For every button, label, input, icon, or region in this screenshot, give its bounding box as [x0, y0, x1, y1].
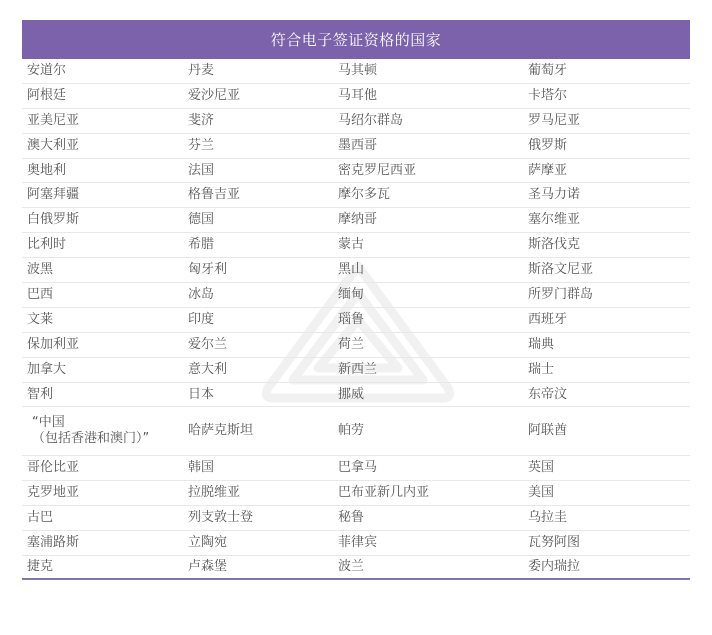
country-cell: 亚美尼亚 — [22, 113, 183, 129]
country-cell: 黑山 — [333, 262, 523, 278]
country-cell: 葡萄牙 — [523, 63, 690, 79]
country-cell: 冰岛 — [183, 287, 333, 303]
country-cell: 匈牙利 — [183, 262, 333, 278]
country-cell: 东帝汶 — [523, 387, 690, 403]
country-cell: 德国 — [183, 212, 333, 228]
country-cell: 哥伦比亚 — [22, 460, 183, 476]
country-cell: 古巴 — [22, 510, 183, 526]
country-cell: 俄罗斯 — [523, 138, 690, 154]
table-row: 智利日本挪威东帝汶 — [22, 383, 690, 408]
table-row: 塞浦路斯立陶宛菲律宾瓦努阿图 — [22, 531, 690, 556]
country-cell: 卢森堡 — [183, 559, 333, 575]
country-cell: 斯洛伐克 — [523, 237, 690, 253]
table-row: 古巴列支敦士登秘鲁乌拉圭 — [22, 506, 690, 531]
country-cell: 巴拿马 — [333, 460, 523, 476]
country-cell: 法国 — [183, 163, 333, 179]
country-cell: 巴西 — [22, 287, 183, 303]
country-cell: 马绍尔群岛 — [333, 113, 523, 129]
table-row: 比利时希腊蒙古斯洛伐克 — [22, 233, 690, 258]
country-cell: 墨西哥 — [333, 138, 523, 154]
country-cell: 澳大利亚 — [22, 138, 183, 154]
country-cell: 文莱 — [22, 312, 183, 328]
country-cell: 希腊 — [183, 237, 333, 253]
country-cell: 瓦努阿图 — [523, 535, 690, 551]
table-row: 亚美尼亚斐济马绍尔群岛罗马尼亚 — [22, 109, 690, 134]
country-cell: 斐济 — [183, 113, 333, 129]
country-cell: 塞浦路斯 — [22, 535, 183, 551]
country-cell: 智利 — [22, 387, 183, 403]
table-row: 白俄罗斯德国摩纳哥塞尔维亚 — [22, 208, 690, 233]
country-cell: 丹麦 — [183, 63, 333, 79]
table-row: 文莱印度瑙鲁西班牙 — [22, 308, 690, 333]
country-cell: 捷克 — [22, 559, 183, 575]
country-cell: 芬兰 — [183, 138, 333, 154]
country-cell: 乌拉圭 — [523, 510, 690, 526]
country-cell: “中国 （包括香港和澳门）” — [22, 415, 183, 447]
country-cell: 哈萨克斯坦 — [183, 423, 333, 439]
country-cell: 摩尔多瓦 — [333, 187, 523, 203]
country-cell: 加拿大 — [22, 362, 183, 378]
country-cell: 巴布亚新几内亚 — [333, 485, 523, 501]
table-row: 保加利亚爱尔兰荷兰瑞典 — [22, 333, 690, 358]
country-cell: 卡塔尔 — [523, 88, 690, 104]
country-cell: 爱尔兰 — [183, 337, 333, 353]
table-row: 澳大利亚芬兰墨西哥俄罗斯 — [22, 134, 690, 159]
table-row: 安道尔丹麦马其顿葡萄牙 — [22, 59, 690, 84]
table-row: 阿根廷爱沙尼亚马耳他卡塔尔 — [22, 84, 690, 109]
country-cell: 新西兰 — [333, 362, 523, 378]
table-row: 哥伦比亚韩国巴拿马英国 — [22, 456, 690, 481]
table-row: 奥地利法国密克罗尼西亚萨摩亚 — [22, 159, 690, 184]
country-cell: 荷兰 — [333, 337, 523, 353]
country-cell: 瑙鲁 — [333, 312, 523, 328]
country-cell: 缅甸 — [333, 287, 523, 303]
country-cell: 所罗门群岛 — [523, 287, 690, 303]
country-cell: 蒙古 — [333, 237, 523, 253]
country-cell: 保加利亚 — [22, 337, 183, 353]
country-cell: 委内瑞拉 — [523, 559, 690, 575]
country-cell: 阿联酋 — [523, 423, 690, 439]
country-cell: 罗马尼亚 — [523, 113, 690, 129]
country-cell: 波黑 — [22, 262, 183, 278]
country-cell: 奥地利 — [22, 163, 183, 179]
table-row: 波黑匈牙利黑山斯洛文尼亚 — [22, 258, 690, 283]
country-cell: 日本 — [183, 387, 333, 403]
table-row: “中国 （包括香港和澳门）”哈萨克斯坦帕劳阿联酋 — [22, 407, 690, 456]
country-cell: 意大利 — [183, 362, 333, 378]
country-cell: 萨摩亚 — [523, 163, 690, 179]
table-row: 阿塞拜疆格鲁吉亚摩尔多瓦圣马力诺 — [22, 183, 690, 208]
country-cell: 安道尔 — [22, 63, 183, 79]
country-cell: 阿塞拜疆 — [22, 187, 183, 203]
country-cell: 白俄罗斯 — [22, 212, 183, 228]
country-cell: 密克罗尼西亚 — [333, 163, 523, 179]
table-row: 加拿大意大利新西兰瑞士 — [22, 358, 690, 383]
eligible-countries-table: 符合电子签证资格的国家 安道尔丹麦马其顿葡萄牙阿根廷爱沙尼亚马耳他卡塔尔亚美尼亚… — [22, 20, 690, 580]
country-cell: 西班牙 — [523, 312, 690, 328]
country-cell: 帕劳 — [333, 423, 523, 439]
country-cell: 马耳他 — [333, 88, 523, 104]
table-row: 捷克卢森堡波兰委内瑞拉 — [22, 556, 690, 581]
country-cell: 韩国 — [183, 460, 333, 476]
country-cell: 波兰 — [333, 559, 523, 575]
table-body: 安道尔丹麦马其顿葡萄牙阿根廷爱沙尼亚马耳他卡塔尔亚美尼亚斐济马绍尔群岛罗马尼亚澳… — [22, 59, 690, 580]
country-cell: 圣马力诺 — [523, 187, 690, 203]
table-header: 符合电子签证资格的国家 — [22, 20, 690, 59]
country-cell: 塞尔维亚 — [523, 212, 690, 228]
country-cell: 挪威 — [333, 387, 523, 403]
country-cell: 菲律宾 — [333, 535, 523, 551]
country-cell: 瑞士 — [523, 362, 690, 378]
country-cell: 爱沙尼亚 — [183, 88, 333, 104]
country-cell: 拉脱维亚 — [183, 485, 333, 501]
country-cell: 美国 — [523, 485, 690, 501]
country-cell: 摩纳哥 — [333, 212, 523, 228]
country-cell: 瑞典 — [523, 337, 690, 353]
country-cell: 比利时 — [22, 237, 183, 253]
country-cell: 阿根廷 — [22, 88, 183, 104]
table-row: 巴西冰岛缅甸所罗门群岛 — [22, 283, 690, 308]
country-cell: 立陶宛 — [183, 535, 333, 551]
table-title: 符合电子签证资格的国家 — [271, 29, 442, 50]
table-row: 克罗地亚拉脱维亚巴布亚新几内亚美国 — [22, 481, 690, 506]
country-cell: 秘鲁 — [333, 510, 523, 526]
country-cell: 格鲁吉亚 — [183, 187, 333, 203]
country-cell: 印度 — [183, 312, 333, 328]
country-cell: 马其顿 — [333, 63, 523, 79]
country-cell: 英国 — [523, 460, 690, 476]
country-cell: 列支敦士登 — [183, 510, 333, 526]
country-cell: 斯洛文尼亚 — [523, 262, 690, 278]
country-cell: 克罗地亚 — [22, 485, 183, 501]
